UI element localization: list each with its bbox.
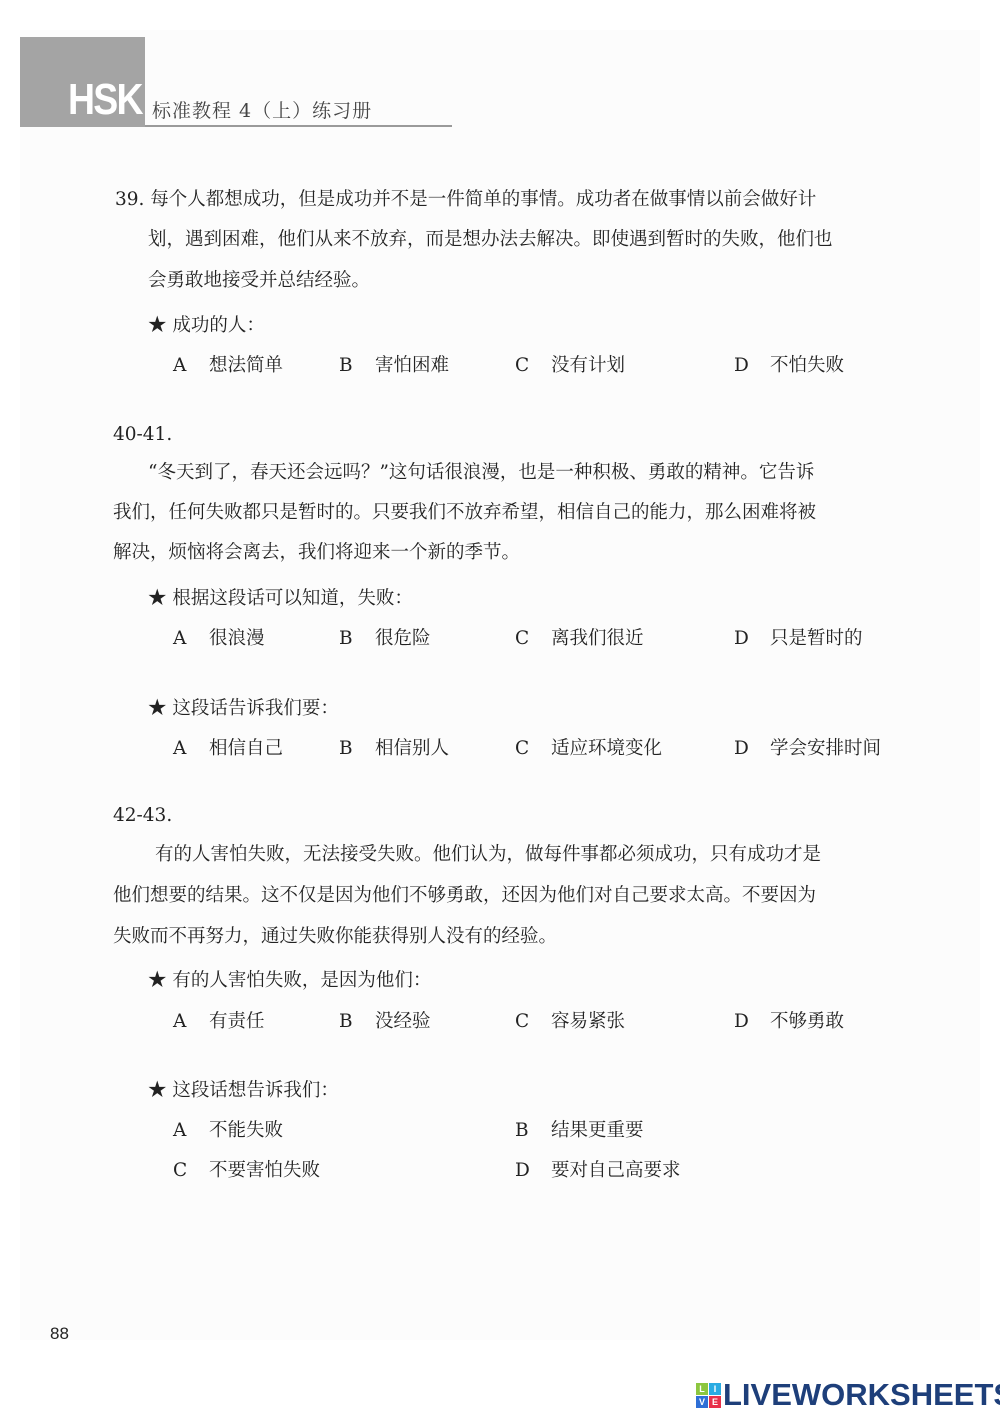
q39-passage-line-3: 会勇敢地接受并总结经验。: [148, 261, 370, 301]
q40-41-passage-line-1: “冬天到了，春天还会远吗？”这句话很浪漫，也是一种积极、勇敢的精神。它告诉: [148, 453, 814, 493]
header-underline: [145, 125, 452, 127]
q40-41-passage-line-2: 我们，任何失败都只是暂时的。只要我们不放弃希望，相信自己的能力，那么困难将被: [113, 493, 816, 533]
q40-41-number: 40-41.: [113, 424, 172, 445]
q43-question: ★ 这段话想告诉我们：: [148, 1076, 339, 1102]
book-title: 标准教程 4（上）练习册: [152, 96, 372, 123]
q43-option-c[interactable]: C不要害怕失败: [173, 1156, 320, 1182]
liveworksheets-text: LIVEWORKSHEETS: [723, 1377, 1000, 1413]
q41-option-b[interactable]: B相信别人: [339, 734, 449, 760]
q42-option-d[interactable]: D不够勇敢: [734, 1007, 844, 1033]
liveworksheets-logo-icon: L I V E: [696, 1383, 721, 1408]
q42-43-passage-line-3: 失败而不再努力，通过失败你能获得别人没有的经验。: [113, 917, 557, 957]
q40-question: ★ 根据这段话可以知道，失败：: [148, 584, 413, 610]
q40-option-c[interactable]: C离我们很近: [515, 624, 644, 650]
q39-option-a[interactable]: A想法简单: [173, 351, 283, 377]
q42-43-passage-line-2: 他们想要的结果。这不仅是因为他们不够勇敢，还因为他们对自己要求太高。不要因为: [113, 876, 816, 916]
q43-option-d[interactable]: D要对自己高要求: [515, 1156, 681, 1182]
q43-option-a[interactable]: A不能失败: [173, 1116, 283, 1142]
q42-43-passage-line-1: 有的人害怕失败，无法接受失败。他们认为，做每件事都必须成功，只有成功才是: [155, 835, 821, 875]
q40-option-d[interactable]: D只是暂时的: [734, 624, 863, 650]
page-number: 88: [50, 1324, 69, 1344]
q41-question: ★ 这段话告诉我们要：: [148, 694, 339, 720]
q39-passage-line-2: 划，遇到困难，他们从来不放弃，而是想办法去解决。即使遇到暂时的失败，他们也: [148, 220, 833, 260]
q40-option-a[interactable]: A很浪漫: [173, 624, 265, 650]
q42-question: ★ 有的人害怕失败，是因为他们：: [148, 966, 431, 992]
q42-option-c[interactable]: C容易紧张: [515, 1007, 625, 1033]
q39-option-d[interactable]: D不怕失败: [734, 351, 844, 377]
q40-41-passage-line-3: 解决，烦恼将会离去，我们将迎来一个新的季节。: [113, 533, 520, 573]
q39-passage-line-1: 39. 每个人都想成功，但是成功并不是一件简单的事情。成功者在做事情以前会做好计: [115, 180, 816, 220]
q42-43-number: 42-43.: [113, 805, 172, 826]
q39-option-c[interactable]: C没有计划: [515, 351, 625, 377]
q41-option-d[interactable]: D学会安排时间: [734, 734, 881, 760]
q41-option-c[interactable]: C适应环境变化: [515, 734, 662, 760]
q42-option-a[interactable]: A有责任: [173, 1007, 265, 1033]
q42-option-b[interactable]: B没经验: [339, 1007, 431, 1033]
q43-option-b[interactable]: B结果更重要: [515, 1116, 644, 1142]
q39-option-b[interactable]: B害怕困难: [339, 351, 449, 377]
q40-option-b[interactable]: B很危险: [339, 624, 431, 650]
liveworksheets-watermark[interactable]: L I V E LIVEWORKSHEETS: [696, 1377, 1000, 1413]
q41-option-a[interactable]: A相信自己: [173, 734, 283, 760]
q39-question: ★ 成功的人：: [148, 311, 265, 337]
hsk-logo: HSK: [68, 74, 142, 126]
